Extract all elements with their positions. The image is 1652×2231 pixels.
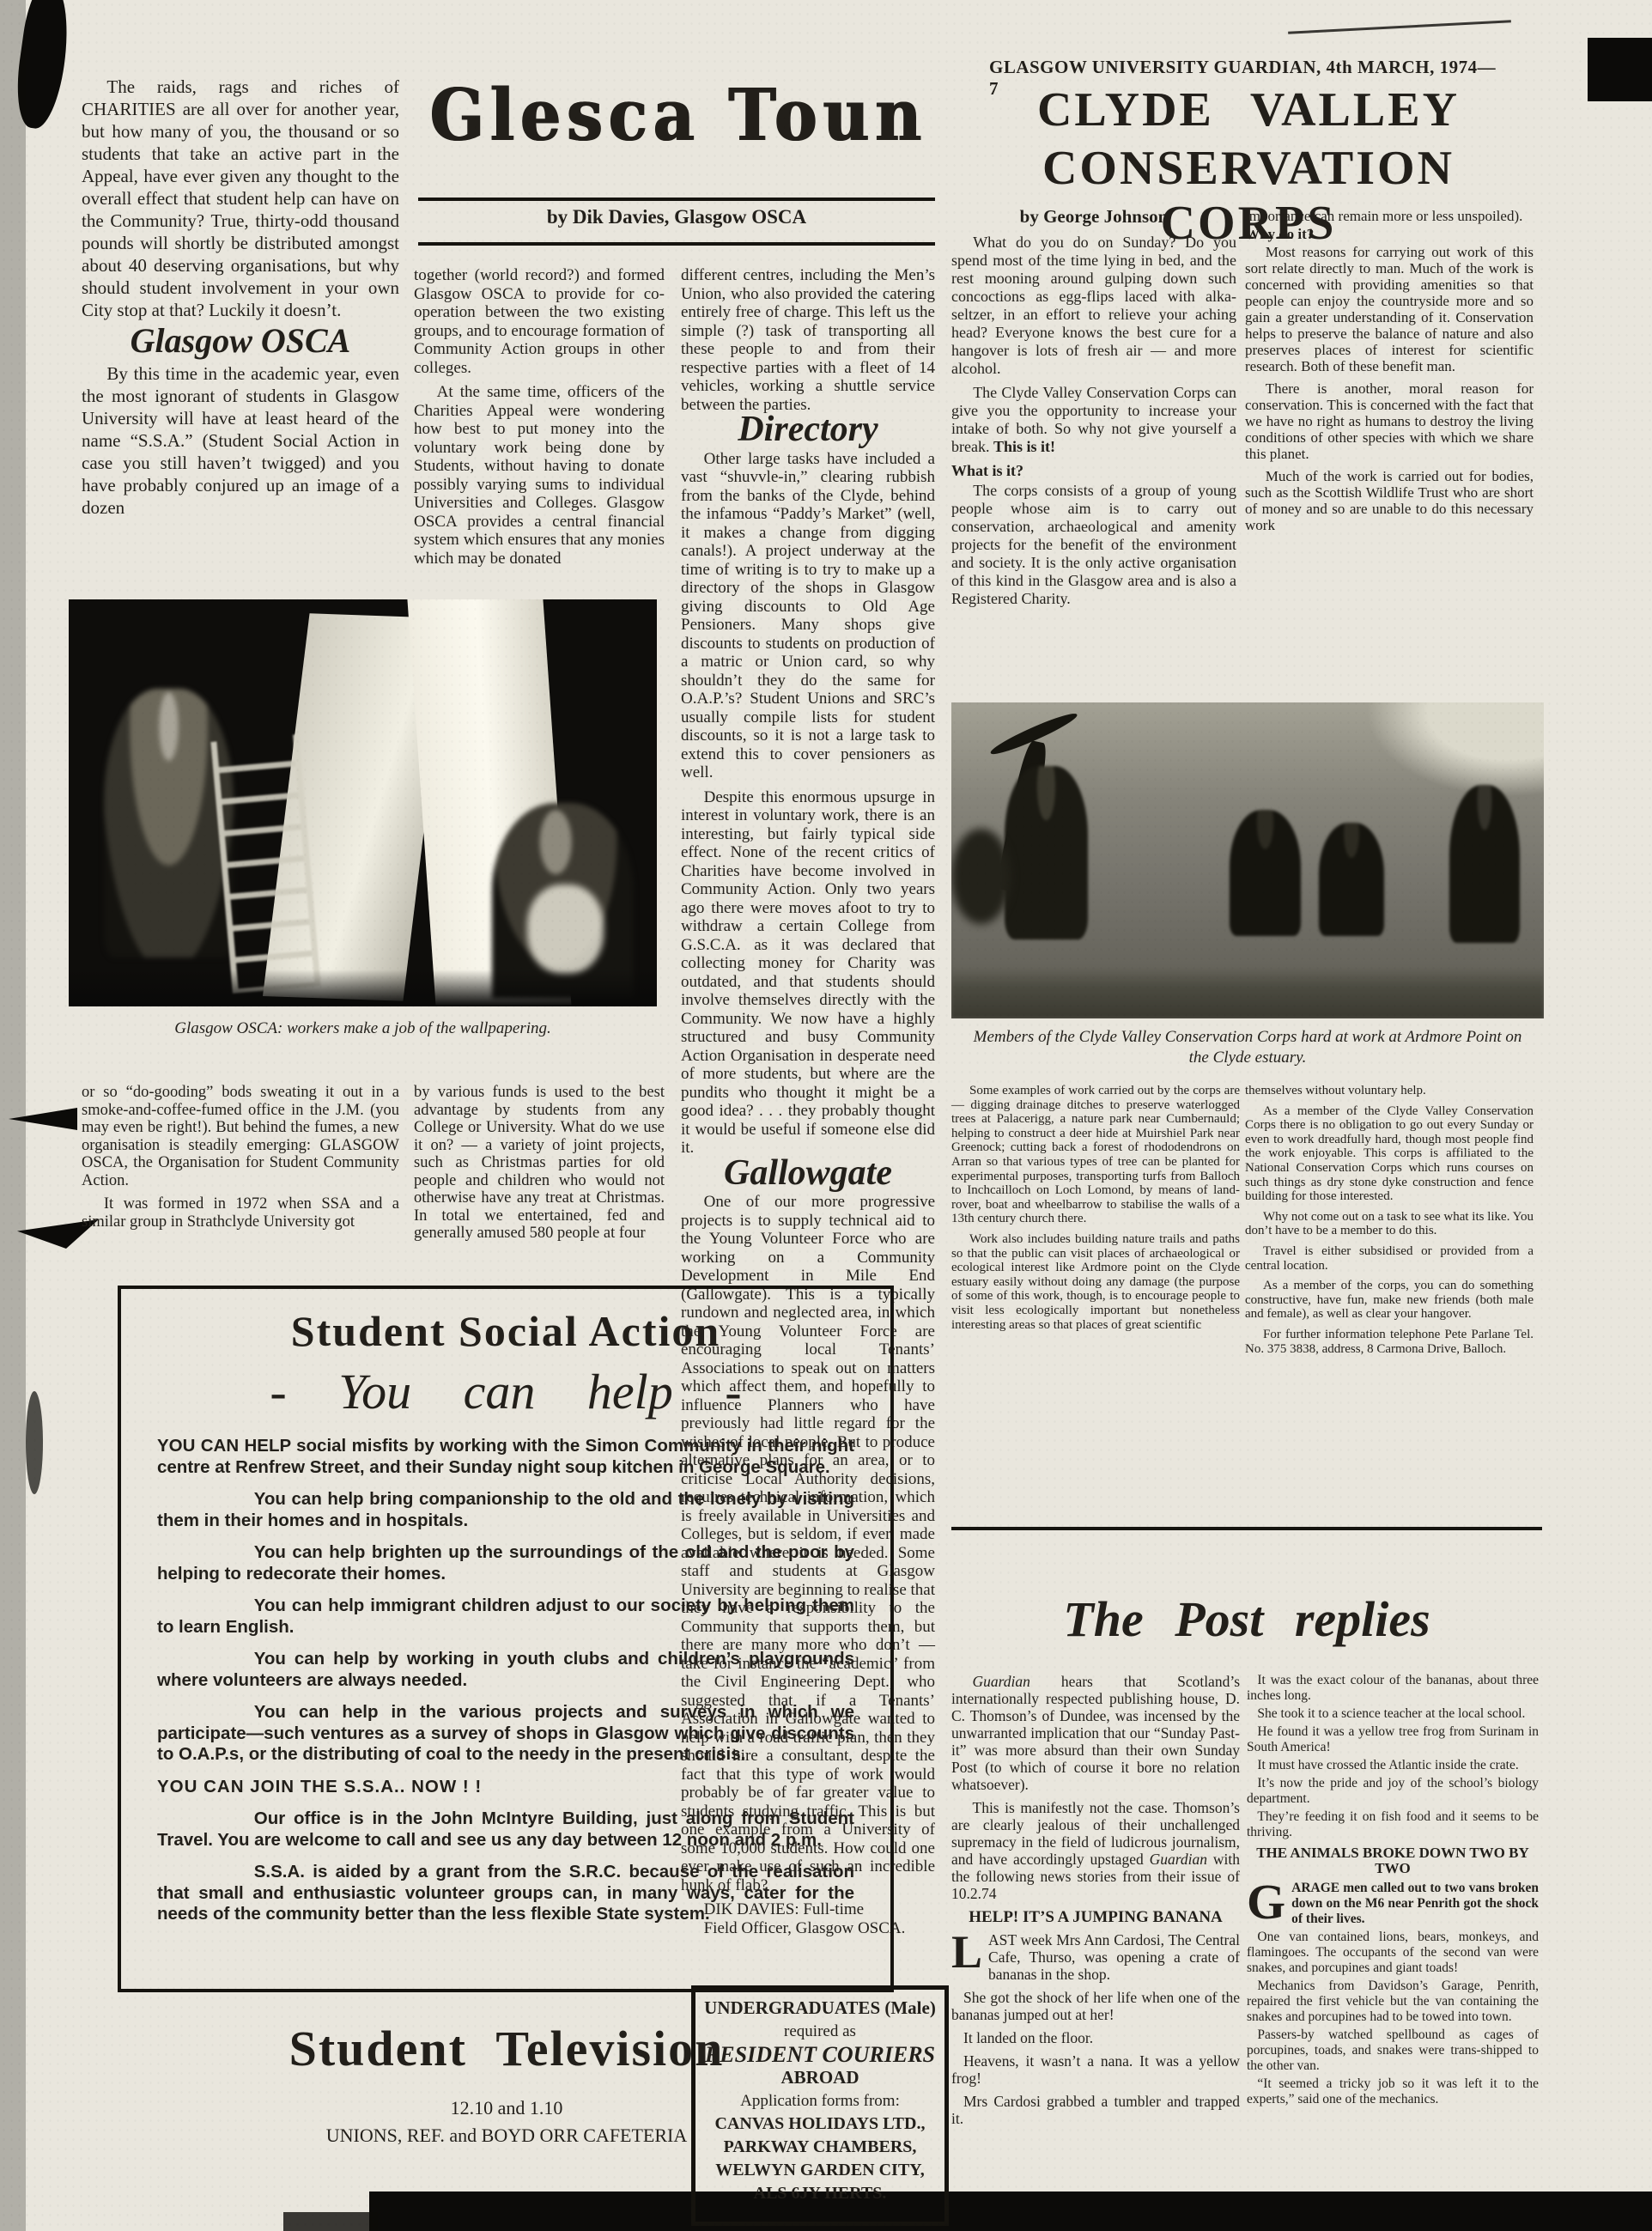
paragraph: Most reasons for carrying out work of th…: [1245, 244, 1534, 374]
glasgow-osca-heading: Glasgow OSCA: [82, 330, 399, 352]
photo-detail: [951, 829, 1011, 923]
paragraph: This is manifestly not the case. Thomson…: [951, 1799, 1240, 1902]
paragraph: It landed on the floor.: [951, 2029, 1240, 2046]
paragraph: Travel is either subsidised or provided …: [1245, 1244, 1534, 1273]
resident-couriers-ad: UNDERGRADUATES (Male) required as RESIDE…: [691, 1985, 949, 2226]
paragraph: It must have crossed the Atlantic inside…: [1247, 1758, 1539, 1773]
paragraph: The raids, rags and riches of CHARITIES …: [82, 76, 399, 321]
paragraph: LAST week Mrs Ann Cardosi, The Central C…: [951, 1931, 1240, 1983]
glesca-column-2: together (world record?) and formed Glas…: [414, 266, 665, 574]
paragraph: together (world record?) and formed Glas…: [414, 266, 665, 377]
newspaper-page: GLASGOW UNIVERSITY GUARDIAN, 4th MARCH, …: [0, 0, 1652, 2231]
glesca-toun-masthead: Glesca Toun: [421, 75, 936, 157]
paragraph: Work also includes building nature trail…: [951, 1232, 1240, 1332]
scan-artifact: [26, 1391, 43, 1494]
paragraph: by various funds is used to the best adv…: [414, 1084, 665, 1243]
paragraph: Guardian hears that Scotland’s internati…: [951, 1673, 1240, 1793]
divider: [951, 1527, 1542, 1530]
wallpapering-photo: [69, 599, 657, 1006]
paragraph: You can help in the various projects and…: [157, 1702, 854, 1766]
drop-cap: L: [951, 1934, 982, 1970]
paragraph: At the same time, officers of the Charit…: [414, 383, 665, 568]
photo-detail: [951, 968, 1544, 1018]
paragraph: GARAGE men called out to two vans broken…: [1247, 1881, 1539, 1927]
post-subhead: THE ANIMALS BROKE DOWN TWO BY TWO: [1247, 1845, 1539, 1876]
paragraph: There is another, moral reason for conse…: [1245, 380, 1534, 462]
divider: [418, 198, 935, 201]
paragraph: What do you do on Sunday? Do you spend m…: [951, 234, 1236, 378]
photo-detail: [69, 970, 657, 1006]
glesca-byline: by Dik Davies, Glasgow OSCA: [418, 206, 935, 228]
paragraph: You can help bring companionship to the …: [157, 1489, 854, 1531]
clyde-subhead: Why do it?: [1245, 226, 1534, 242]
ad-line: Application forms from:: [695, 2089, 944, 2112]
glesca-below-right: by various funds is used to the best adv…: [414, 1084, 665, 1249]
gallowgate-heading: Gallowgate: [681, 1164, 935, 1183]
ad-line: ALS 6JY HERTS.: [695, 2182, 944, 2205]
paragraph: You can help immigrant children adjust t…: [157, 1596, 854, 1638]
ssa-subtitle: - You can help -: [157, 1363, 854, 1420]
paragraph: Why not come out on a task to see what i…: [1245, 1210, 1534, 1238]
clyde-column-b2: themselves without voluntary help. As a …: [1245, 1084, 1534, 1362]
post-column-b: It was the exact colour of the bananas, …: [1247, 1673, 1539, 2110]
conservation-corps-photo: [951, 702, 1544, 1018]
ad-line: RESIDENT COURIERS: [695, 2043, 944, 2066]
clyde-column-a: What do you do on Sunday? Do you spend m…: [951, 234, 1236, 614]
scan-artifact: [369, 2191, 1652, 2231]
photo-detail: [104, 689, 234, 957]
ad-line: PARKWAY CHAMBERS,: [695, 2136, 944, 2159]
paragraph: As a member of the corps, you can do som…: [1245, 1279, 1534, 1322]
paragraph: You can help brighten up the surrounding…: [157, 1542, 854, 1584]
scan-artifact: [1588, 38, 1652, 101]
paragraph: Mrs Cardosi grabbed a tumbler and trappe…: [951, 2093, 1240, 2127]
paragraph: She got the shock of her life when one o…: [951, 1989, 1240, 2023]
paragraph: Other large tasks have included a vast “…: [681, 450, 935, 782]
paragraph: Some examples of work carried out by the…: [951, 1084, 1240, 1226]
glesca-column-1: The raids, rags and riches of CHARITIES …: [82, 76, 399, 525]
paragraph: You can help by working in youth clubs a…: [157, 1649, 854, 1691]
paragraph: It was formed in 1972 when SSA and a sim…: [82, 1195, 399, 1231]
ad-line: WELWYN GARDEN CITY,: [695, 2159, 944, 2182]
paragraph: The Clyde Valley Conservation Corps can …: [951, 384, 1236, 456]
photo-detail: [1230, 810, 1301, 936]
scan-artifact: [0, 0, 26, 2231]
paragraph: Mechanics from Davidson’s Garage, Penrit…: [1247, 1979, 1539, 2025]
divider: [418, 242, 935, 246]
paragraph: Despite this enormous upsurge in interes…: [681, 788, 935, 1158]
paragraph: They’re feeding it on fish food and it s…: [1247, 1809, 1539, 1840]
post-column-a: Guardian hears that Scotland’s internati…: [951, 1673, 1240, 2133]
paragraph: YOU CAN HELP social misfits by working w…: [157, 1436, 854, 1478]
paragraph: It’s now the pride and joy of the school…: [1247, 1776, 1539, 1807]
ad-line: UNDERGRADUATES (Male): [695, 1997, 944, 2020]
drop-cap: G: [1247, 1883, 1285, 1921]
photo-detail: [1005, 766, 1088, 939]
glesca-below-left: or so “do-gooding” bods sweating it out …: [82, 1084, 399, 1237]
paragraph: The corps consists of a group of young p…: [951, 482, 1236, 608]
paragraph: or so “do-gooding” bods sweating it out …: [82, 1084, 399, 1189]
paragraph: “It seemed a tricky job so it was left i…: [1247, 2076, 1539, 2107]
wallpapering-photo-caption: Glasgow OSCA: workers make a job of the …: [69, 1018, 657, 1039]
paragraph: Our office is in the John McIntyre Build…: [157, 1809, 854, 1851]
paragraph: Much of the work is carried out for bodi…: [1245, 468, 1534, 533]
ad-line: ABROAD: [695, 2066, 944, 2089]
directory-heading: Directory: [681, 421, 935, 440]
conservation-photo-caption: Members of the Clyde Valley Conservation…: [969, 1027, 1527, 1068]
paragraph: Passers-by watched spellbound as cages o…: [1247, 2027, 1539, 2074]
paragraph: He found it was a yellow tree frog from …: [1247, 1724, 1539, 1755]
clyde-headline-line1: CLYDE VALLEY: [951, 82, 1546, 137]
post-replies-headline: The Post replies: [951, 1590, 1542, 1648]
paragraph: themselves without voluntary help.: [1245, 1084, 1534, 1098]
post-subhead: HELP! IT’S A JUMPING BANANA: [951, 1909, 1240, 1926]
paragraph: By this time in the academic year, even …: [82, 362, 399, 519]
clyde-subhead: What is it?: [951, 462, 1236, 480]
paragraph: As a member of the Clyde Valley Conserva…: [1245, 1104, 1534, 1204]
clyde-column-b: importance can remain more or less unspo…: [1245, 208, 1534, 539]
photo-detail: [527, 884, 604, 974]
scan-artifact: [283, 2212, 378, 2231]
clyde-column-a2: Some examples of work carried out by the…: [951, 1084, 1240, 1338]
photo-detail: [1319, 823, 1384, 936]
ssa-title: Student Social Action: [157, 1306, 854, 1356]
paragraph: Heavens, it wasn’t a nana. It was a yell…: [951, 2052, 1240, 2087]
student-social-action-box: Student Social Action - You can help - Y…: [118, 1286, 894, 1992]
paragraph: She took it to a science teacher at the …: [1247, 1706, 1539, 1722]
ad-line: CANVAS HOLIDAYS LTD.,: [695, 2112, 944, 2136]
photo-detail: [1449, 785, 1521, 943]
paragraph: It was the exact colour of the bananas, …: [1247, 1673, 1539, 1704]
scan-artifact: [1288, 20, 1511, 34]
photo-detail: [1366, 702, 1544, 797]
paragraph: different centres, including the Men’s U…: [681, 266, 935, 414]
paragraph: For further information telephone Pete P…: [1245, 1328, 1534, 1356]
paragraph: S.S.A. is aided by a grant from the S.R.…: [157, 1862, 854, 1925]
ssa-join-line: YOU CAN JOIN THE S.S.A.. NOW ! !: [157, 1777, 854, 1798]
paragraph: importance can remain more or less unspo…: [1245, 208, 1534, 224]
ad-line: required as: [695, 2020, 944, 2043]
clyde-byline: by George Johnson: [951, 206, 1236, 228]
paragraph: One van contained lions, bears, monkeys,…: [1247, 1930, 1539, 1976]
